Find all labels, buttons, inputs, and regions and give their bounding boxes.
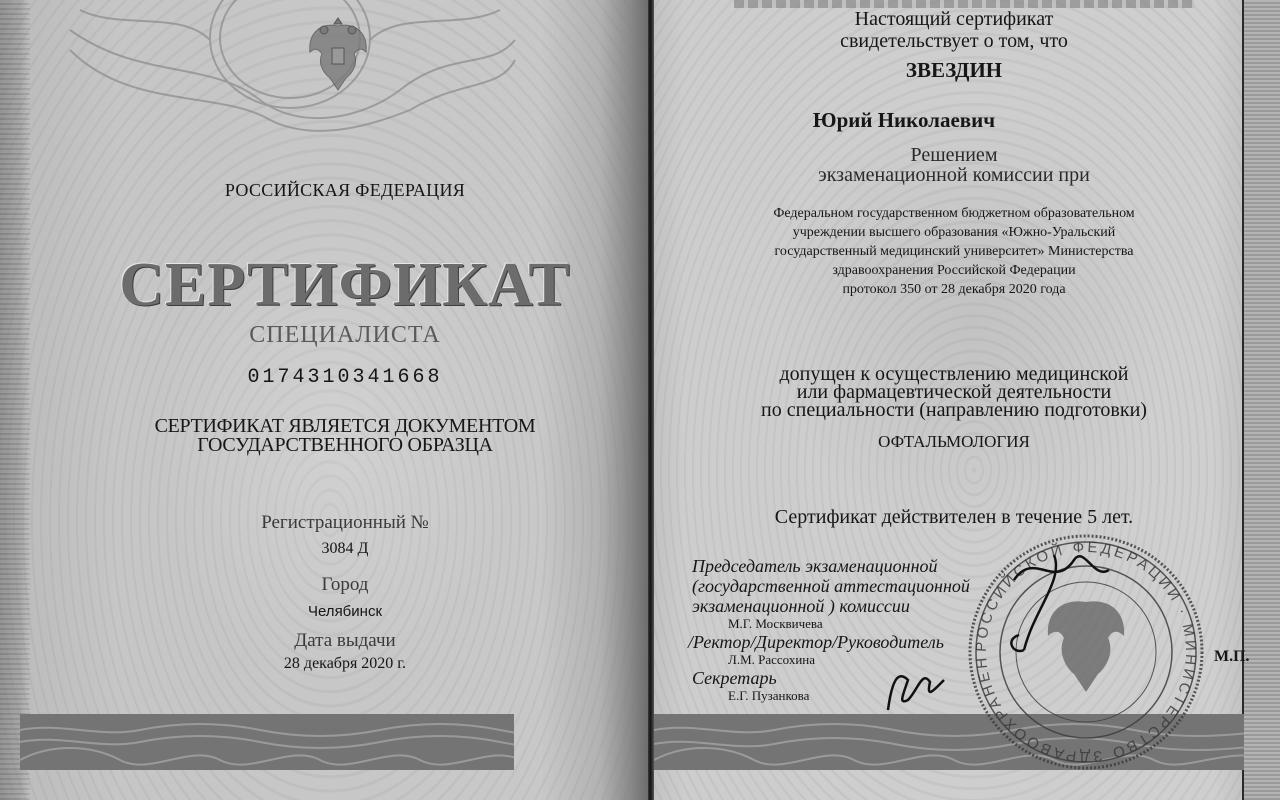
organization-line: здравоохранения Российской Федерации	[654, 261, 1254, 280]
state-document-line-1: СЕРТИФИКАТ ЯВЛЯЕТСЯ ДОКУМЕНТОМ	[0, 416, 648, 436]
state-document-line-2: ГОСУДАРСТВЕННОГО ОБРАЗЦА	[0, 434, 648, 457]
intro-line-1: Настоящий сертификат	[654, 8, 1254, 31]
secretary-signature	[878, 660, 948, 720]
top-ornament-strip	[734, 0, 1194, 8]
protocol-line: протокол 350 от 28 декабря 2020 года	[654, 280, 1254, 299]
admission-statement: допущен к осуществлению медицинской или …	[654, 365, 1254, 419]
validity-statement: Сертификат действителен в течение 5 лет.	[654, 506, 1254, 529]
chair-signature	[994, 540, 1124, 660]
certificate-subtitle: СПЕЦИАЛИСТА	[0, 322, 648, 349]
holder-given-names: Юрий Николаевич	[654, 108, 1184, 133]
registration-value: 3084 Д	[0, 540, 648, 558]
issuing-organization: Федеральном государственном бюджетном об…	[654, 204, 1254, 299]
city-label: Город	[0, 574, 648, 596]
certificate-title: СЕРТИФИКАТ	[0, 250, 648, 321]
certificate-cover-page: РОССИЙСКАЯ ФЕДЕРАЦИЯ СЕРТИФИКАТ СПЕЦИАЛИ…	[0, 0, 648, 800]
specialty-name: ОФТАЛЬМОЛОГИЯ	[654, 432, 1254, 452]
binding-texture	[0, 0, 30, 800]
stamp-place-label: М.П.	[1214, 648, 1250, 666]
issue-date-label: Дата выдачи	[0, 630, 648, 652]
country-name: РОССИЙСКАЯ ФЕДЕРАЦИЯ	[0, 180, 648, 201]
certificate-details-page: Настоящий сертификат свидетельствует о т…	[654, 0, 1280, 800]
certificate-number: 0174310341668	[0, 366, 648, 389]
organization-line: учреждении высшего образования «Южно-Ура…	[654, 223, 1254, 242]
ornament-frame	[60, 0, 520, 150]
decorative-wave-band	[20, 714, 514, 770]
holder-surname: ЗВЕЗДИН	[654, 58, 1254, 83]
double-headed-eagle-emblem-icon	[300, 8, 376, 98]
intro-line-2: свидетельствует о том, что	[654, 30, 1254, 53]
organization-line: Федеральном государственном бюджетном об…	[654, 204, 1254, 223]
issue-date-value: 28 декабря 2020 г.	[0, 655, 648, 673]
decision-line-2: экзаменационной комиссии при	[654, 164, 1254, 187]
admission-line: по специальности (направлению подготовки…	[654, 401, 1254, 419]
registration-label: Регистрационный №	[0, 512, 648, 534]
city-value: Челябинск	[0, 603, 648, 620]
organization-line: государственный медицинский университет»…	[654, 242, 1254, 261]
